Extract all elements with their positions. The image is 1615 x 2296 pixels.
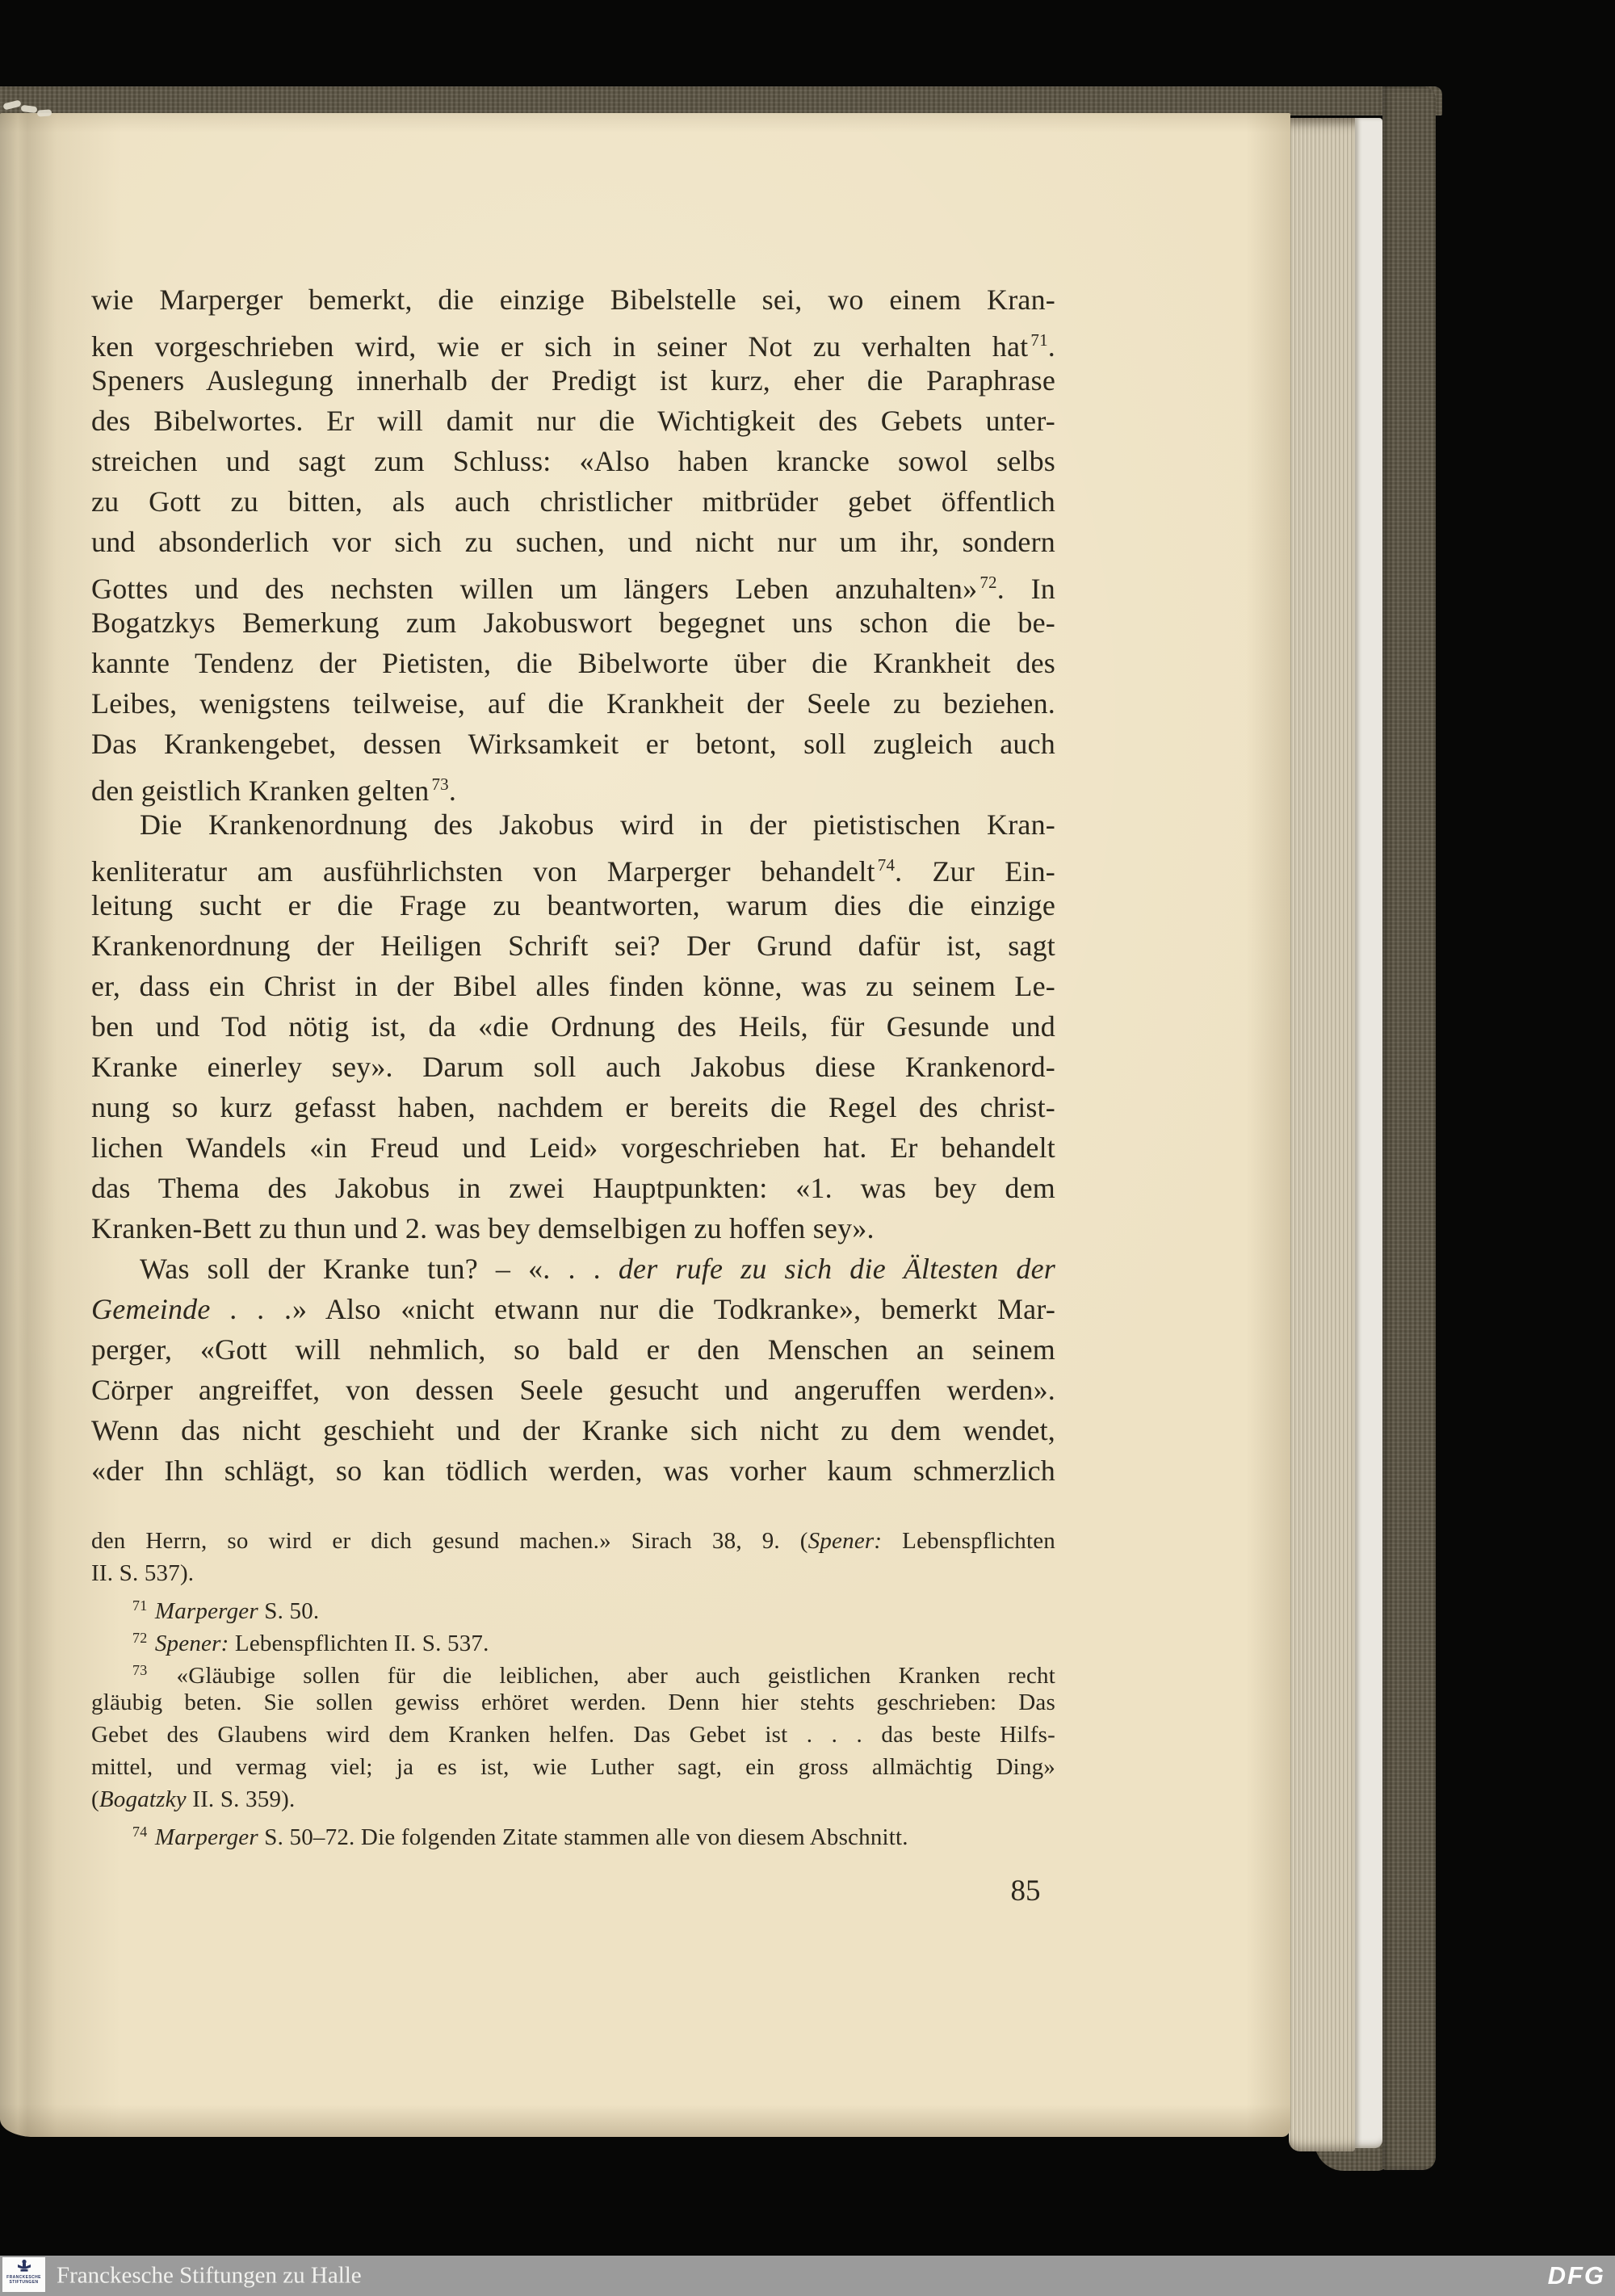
main-text-line: nung so kurz gefasst haben, nachdem er b…	[91, 1087, 1055, 1127]
page-number: 85	[953, 1874, 1098, 1908]
main-text-line: Gottes und des nechsten willen um länger…	[91, 562, 1055, 602]
text-run: des Bibelwortes. Er will damit nur die W…	[91, 405, 1055, 437]
footnote-line: 74 Marperger S. 50–72. Die folgenden Zit…	[91, 1815, 1055, 1848]
main-text-line: streichen und sagt zum Schluss: «Also ha…	[91, 441, 1055, 481]
text-run: wie Marperger bemerkt, die einzige Bibel…	[91, 283, 1055, 316]
text-run: kannte Tendenz der Pietisten, die Bibelw…	[91, 647, 1055, 679]
book-scan-viewer: { "page": { "number": "85", "main_lines"…	[0, 0, 1615, 2296]
text-run: den Herrn, so wird er dich gesund machen…	[91, 1528, 808, 1554]
main-text-line: ken vorgeschrieben wird, wie er sich in …	[91, 320, 1055, 360]
main-text-line: kannte Tendenz der Pietisten, die Bibelw…	[91, 643, 1055, 683]
main-text-line: Kranke einerley sey». Darum soll auch Ja…	[91, 1047, 1055, 1087]
text-run: und absonderlich vor sich zu suchen, und…	[91, 526, 1055, 558]
text-run: Cörper angreiffet, von dessen Seele gesu…	[91, 1374, 1055, 1406]
text-run: . In	[997, 573, 1055, 605]
text-run: gläubig beten. Sie sollen gewiss erhöret…	[91, 1689, 1055, 1715]
main-text-line: Bogatzkys Bemerkung zum Jakobuswort bege…	[91, 602, 1055, 643]
footnote-ref: 74	[878, 855, 895, 875]
main-text-line: Die Krankenordnung des Jakobus wird in d…	[91, 804, 1055, 845]
text-run: «Gläubige sollen für die leiblichen, abe…	[149, 1663, 1055, 1689]
book-cover-top-edge	[0, 86, 1442, 115]
text-run: Gebet des Glaubens wird dem Kranken helf…	[91, 1722, 1055, 1748]
main-text-line: Das Krankengebet, dessen Wirksamkeit er …	[91, 724, 1055, 764]
main-text-line: des Bibelwortes. Er will damit nur die W…	[91, 401, 1055, 441]
footnote-line: 73 «Gläubige sollen für die leiblichen, …	[91, 1654, 1055, 1686]
text-run: streichen und sagt zum Schluss: «Also ha…	[91, 445, 1055, 477]
francke-eagle-icon	[17, 2259, 31, 2275]
footnote-block: den Herrn, so wird er dich gesund machen…	[91, 1525, 1055, 1848]
text-run: Leibes, wenigstens teilweise, auf die Kr…	[91, 687, 1055, 720]
text-run: Die Krankenordnung des Jakobus wird in d…	[140, 808, 1055, 841]
main-text-line: ben und Tod nötig ist, da «die Ordnung d…	[91, 1006, 1055, 1047]
footnote-line: 72 Spener: Lebenspflichten II. S. 537.	[91, 1622, 1055, 1654]
footnote-ref: 73	[431, 774, 448, 794]
main-text-line: «der Ihn schlägt, so kan tödlich werden,…	[91, 1450, 1055, 1491]
page-stack-edge	[1289, 118, 1355, 2151]
main-text-line: Kranken-Bett zu thun und 2. was bey dems…	[91, 1208, 1055, 1249]
text-run: ken vorgeschrieben wird, wie er sich in …	[91, 330, 1028, 363]
text-run: Krankenordnung der Heiligen Schrift sei?…	[91, 930, 1055, 962]
text-run: .	[449, 774, 456, 807]
footnote-line: 71 Marperger S. 50.	[91, 1589, 1055, 1622]
main-text-line: Krankenordnung der Heiligen Schrift sei?…	[91, 926, 1055, 966]
text-run: den geistlich Kranken gelten	[91, 774, 429, 807]
footnote-ref: 74	[132, 1824, 147, 1840]
text-run: das Thema des Jakobus in zwei Hauptpunkt…	[91, 1172, 1055, 1204]
main-text-line: zu Gott zu bitten, als auch christlicher…	[91, 481, 1055, 522]
main-text-line: wie Marperger bemerkt, die einzige Bibel…	[91, 279, 1055, 320]
text-run: perger, «Gott will nehmlich, so bald er …	[91, 1333, 1055, 1366]
main-text-line: Was soll der Kranke tun? – «. . . der ru…	[91, 1249, 1055, 1289]
text-run: Kranken-Bett zu thun und 2. was bey dems…	[91, 1212, 875, 1245]
italic-text: der rufe zu sich die Ältesten der	[619, 1253, 1055, 1285]
footnote-line: (Bogatzky II. S. 359).	[91, 1783, 1055, 1815]
main-text-line: perger, «Gott will nehmlich, so bald er …	[91, 1329, 1055, 1370]
text-run: Gottes und des nechsten willen um länger…	[91, 573, 977, 605]
book-cover-right-edge	[1382, 86, 1436, 2170]
footnote-line: II. S. 537).	[91, 1557, 1055, 1589]
text-run: Kranke einerley sey». Darum soll auch Ja…	[91, 1051, 1055, 1083]
text-run: .	[1048, 330, 1055, 363]
italic-text: Gemeinde . . .	[91, 1293, 292, 1325]
text-run: zu Gott zu bitten, als auch christlicher…	[91, 485, 1055, 518]
page-white-edge	[1355, 118, 1382, 2148]
italic-text: Marperger	[149, 1824, 258, 1850]
text-run: kenliteratur am ausführlichsten von Marp…	[91, 855, 875, 888]
footnote-line: den Herrn, so wird er dich gesund machen…	[91, 1525, 1055, 1557]
binding-stitch	[37, 109, 52, 116]
francke-foundation-logo: FRANCKESCHE STIFTUNGEN	[2, 2257, 45, 2292]
main-text-line: und absonderlich vor sich zu suchen, und…	[91, 522, 1055, 562]
footnote-line: Gebet des Glaubens wird dem Kranken helf…	[91, 1719, 1055, 1751]
main-text-line: er, dass ein Christ in der Bibel alles f…	[91, 966, 1055, 1006]
text-run: Speners Auslegung innerhalb der Predigt …	[91, 364, 1055, 397]
main-text-line: Speners Auslegung innerhalb der Predigt …	[91, 360, 1055, 401]
main-text-line: Gemeinde . . .» Also «nicht etwann nur d…	[91, 1289, 1055, 1329]
italic-text: Bogatzky	[99, 1786, 187, 1812]
footnote-line: mittel, und vermag viel; ja es ist, wie …	[91, 1751, 1055, 1783]
footnote-ref: 72	[132, 1630, 147, 1646]
text-run: II. S. 359).	[187, 1786, 296, 1812]
main-text-line: kenliteratur am ausführlichsten von Marp…	[91, 845, 1055, 885]
main-text-line: leitung sucht er die Frage zu beantworte…	[91, 885, 1055, 926]
text-run: lichen Wandels «in Freud und Leid» vorge…	[91, 1131, 1055, 1164]
main-text-line: Leibes, wenigstens teilweise, auf die Kr…	[91, 683, 1055, 724]
footnote-ref: 72	[979, 573, 996, 592]
main-text-line: Cörper angreiffet, von dessen Seele gesu…	[91, 1370, 1055, 1410]
text-run: «der Ihn schlägt, so kan tödlich werden,…	[91, 1454, 1055, 1487]
text-run: nung so kurz gefasst haben, nachdem er b…	[91, 1091, 1055, 1123]
dfg-logo: DFG	[1548, 2261, 1605, 2290]
text-run: S. 50.	[258, 1598, 320, 1624]
digitization-footer-bar: Franckesche Stiftungen zu Halle DFG	[0, 2256, 1615, 2296]
text-run: Lebenspflichten II. S. 537.	[229, 1631, 489, 1656]
footnote-line: gläubig beten. Sie sollen gewiss erhöret…	[91, 1686, 1055, 1719]
footnote-ref: 71	[132, 1597, 147, 1614]
institution-label: Franckesche Stiftungen zu Halle	[57, 2263, 362, 2290]
italic-text: Spener:	[149, 1631, 229, 1656]
text-run: . Zur Ein-	[895, 855, 1055, 888]
italic-text: Marperger	[149, 1598, 258, 1624]
footnote-ref: 73	[132, 1662, 147, 1678]
main-text-block: wie Marperger bemerkt, die einzige Bibel…	[91, 279, 1055, 1491]
text-run: » Also «nicht etwann nur die Todkranke»,…	[292, 1293, 1055, 1325]
francke-logo-text-line2: STIFTUNGEN	[10, 2280, 39, 2285]
text-run: (	[91, 1786, 99, 1812]
text-run: S. 50–72. Die folgenden Zitate stammen a…	[258, 1824, 908, 1850]
text-run: leitung sucht er die Frage zu beantworte…	[91, 889, 1055, 921]
footnote-ref: 71	[1030, 330, 1047, 350]
text-run: Wenn das nicht geschieht und der Kranke …	[91, 1414, 1055, 1446]
text-run: Lebenspflichten	[882, 1528, 1055, 1554]
main-text-line: das Thema des Jakobus in zwei Hauptpunkt…	[91, 1168, 1055, 1208]
text-run: ben und Tod nötig ist, da «die Ordnung d…	[91, 1010, 1055, 1043]
main-text-line: Wenn das nicht geschieht und der Kranke …	[91, 1410, 1055, 1450]
text-run: mittel, und vermag viel; ja es ist, wie …	[91, 1754, 1055, 1780]
italic-text: Spener:	[808, 1528, 883, 1554]
text-run: Bogatzkys Bemerkung zum Jakobuswort bege…	[91, 607, 1055, 639]
text-run: Was soll der Kranke tun? – «. . .	[140, 1253, 619, 1285]
text-run: II. S. 537).	[91, 1560, 194, 1586]
main-text-line: den geistlich Kranken gelten73.	[91, 764, 1055, 804]
text-run: Das Krankengebet, dessen Wirksamkeit er …	[91, 728, 1055, 760]
main-text-line: lichen Wandels «in Freud und Leid» vorge…	[91, 1127, 1055, 1168]
text-run: er, dass ein Christ in der Bibel alles f…	[91, 970, 1055, 1002]
